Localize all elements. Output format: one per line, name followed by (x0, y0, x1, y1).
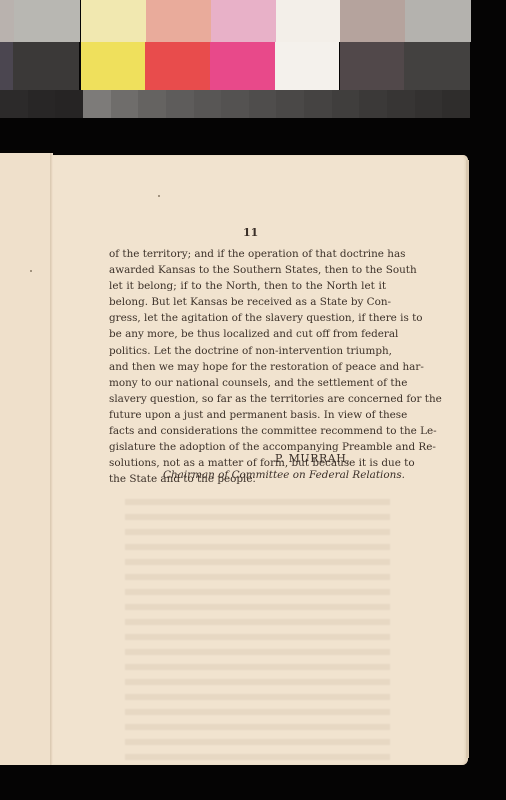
calibration-swatch-bottom (145, 42, 210, 90)
grayscale-step (221, 90, 249, 118)
text-line: of the territory; and if the operation o… (109, 246, 386, 262)
grayscale-step (138, 90, 166, 118)
text-line: slavery question, so far as the territor… (109, 391, 386, 407)
calibration-swatch-top (81, 0, 146, 42)
calibration-swatch-top (0, 0, 14, 42)
calibration-swatch-top (340, 0, 405, 42)
calibration-swatch-top (405, 0, 471, 42)
text-line: belong. But let Kansas be received as a … (109, 294, 386, 310)
paper-speck (158, 195, 160, 197)
text-line: politics. Let the doctrine of non-interv… (109, 343, 386, 359)
grayscale-step (304, 90, 332, 118)
grayscale-step (332, 90, 360, 118)
grayscale-step (194, 90, 222, 118)
calibration-swatch-bottom (81, 42, 145, 90)
text-line: mony to our national counsels, and the s… (109, 375, 386, 391)
text-line: awarded Kansas to the Southern States, t… (109, 262, 386, 278)
calibration-swatch-top (146, 0, 211, 42)
calibration-swatch-bottom (210, 42, 275, 90)
grayscale-step (0, 90, 28, 118)
grayscale-step (249, 90, 277, 118)
color-calibration-chart (0, 0, 472, 125)
calibration-swatch-bottom (0, 42, 13, 90)
show-through-text (125, 490, 390, 760)
grayscale-step (55, 90, 83, 118)
calibration-swatch-top (211, 0, 276, 42)
grayscale-step (83, 90, 111, 118)
paper-speck (30, 270, 32, 272)
calibration-swatch-bottom (340, 42, 404, 90)
grayscale-step (276, 90, 304, 118)
calibration-swatch-bottom (13, 42, 79, 90)
grayscale-step (111, 90, 139, 118)
grayscale-step (28, 90, 56, 118)
page-number: 11 (243, 226, 258, 239)
text-line: and then we may hope for the restoration… (109, 359, 386, 375)
grayscale-step (442, 90, 470, 118)
calibration-swatch-bottom (404, 42, 470, 90)
text-line: facts and considerations the committee r… (109, 423, 386, 439)
grayscale-step (166, 90, 194, 118)
grayscale-step (415, 90, 443, 118)
text-line: gress, let the agitation of the slavery … (109, 310, 386, 326)
calibration-swatch-bottom (275, 42, 339, 90)
grayscale-step (359, 90, 387, 118)
text-line: be any more, be thus localized and cut o… (109, 326, 386, 342)
text-line: future upon a just and permanent basis. … (109, 407, 386, 423)
grayscale-step (387, 90, 415, 118)
signature-name: P. MURRAH, (275, 452, 350, 465)
calibration-swatch-top (14, 0, 80, 42)
text-line: let it belong; if to the North, then to … (109, 278, 386, 294)
calibration-swatch-top (276, 0, 340, 42)
facing-page-edge (0, 153, 51, 765)
signature-title: Chairman of Committee on Federal Relatio… (163, 469, 405, 481)
page-fore-edge (466, 160, 469, 758)
